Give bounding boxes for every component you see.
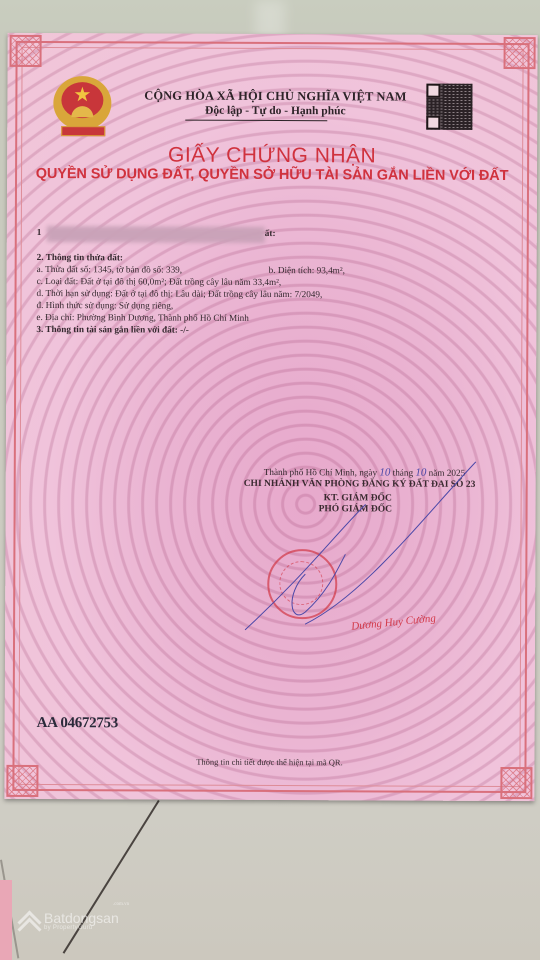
corner-ornament-icon [500,767,532,799]
serial-number: AA 04672753 [37,715,118,732]
nation-header: CỘNG HÒA XÃ HỘI CHỦ NGHĨA VIỆT NAM [125,88,425,104]
signing-date: Thành phố Hồ Chí Minh, ngày 10 tháng 10 … [264,466,465,479]
section-3-title: 3. Thông tin tài sản gắn liền với đất: -… [36,324,189,335]
signing-place: Thành phố Hồ Chí Minh, ngày [264,467,377,477]
qr-code-icon[interactable] [426,84,472,130]
redacted-owner-info [47,226,265,243]
parcel-line-c: c. Loại đất: Đất ở tại đô thị 60,0m²; Đấ… [37,276,282,287]
watermark-brand: Batdongsan [44,911,119,925]
land-use-certificate: ★ CỘNG HÒA XÃ HỘI CHỦ NGHĨA VIỆT NAM Độc… [4,33,537,801]
section-2-title: 2. Thông tin thửa đất: [37,252,123,262]
parcel-line-e: e. Địa chỉ: Phường Bình Dương, Thành phố… [36,312,248,323]
section-1-number: 1 [37,227,42,237]
month-label: tháng [393,468,413,478]
corner-ornament-icon [10,35,42,67]
adjacent-paper-edge [0,880,12,960]
watermark-domain: .com.vn [113,902,129,907]
corner-ornament-icon [504,37,536,69]
signer-title-kt: KT. GIÁM ĐỐC [324,493,392,503]
parcel-line-dd: đ. Hình thức sử dụng: Sử dụng riêng, [36,300,173,311]
section-1-label-tail: ất: [265,228,276,238]
signing-day: 10 [379,466,390,478]
signing-month: 10 [415,467,426,479]
corner-ornament-icon [6,765,38,797]
parcel-line-d: d. Thời hạn sử dụng: Đất ở tại đô thị: L… [37,288,323,299]
year-label: năm 2025 [429,468,466,478]
certificate-subtitle: QUYỀN SỬ DỤNG ĐẤT, QUYỀN SỞ HỮU TÀI SẢN … [7,166,537,184]
issuing-office: CHI NHÁNH VĂN PHÒNG ĐĂNG KÝ ĐẤT ĐAI SỐ 2… [244,479,476,490]
official-seal-icon [267,549,337,619]
national-motto: Độc lập - Tự do - Hạnh phúc [157,105,393,118]
parcel-line-a: a. Thửa đất số: 1345, tờ bản đồ số: 339, [37,264,182,275]
batdongsan-watermark: Batdongsan by PropertyGuru .com.vn [18,906,119,936]
watermark-tagline: by PropertyGuru [44,925,119,931]
national-emblem-icon: ★ [53,76,111,136]
signer-title-deputy: PHÓ GIÁM ĐỐC [319,504,392,514]
parcel-line-b: b. Diện tích: 93,4m², [269,265,345,275]
batdongsan-logo-icon [18,910,40,932]
